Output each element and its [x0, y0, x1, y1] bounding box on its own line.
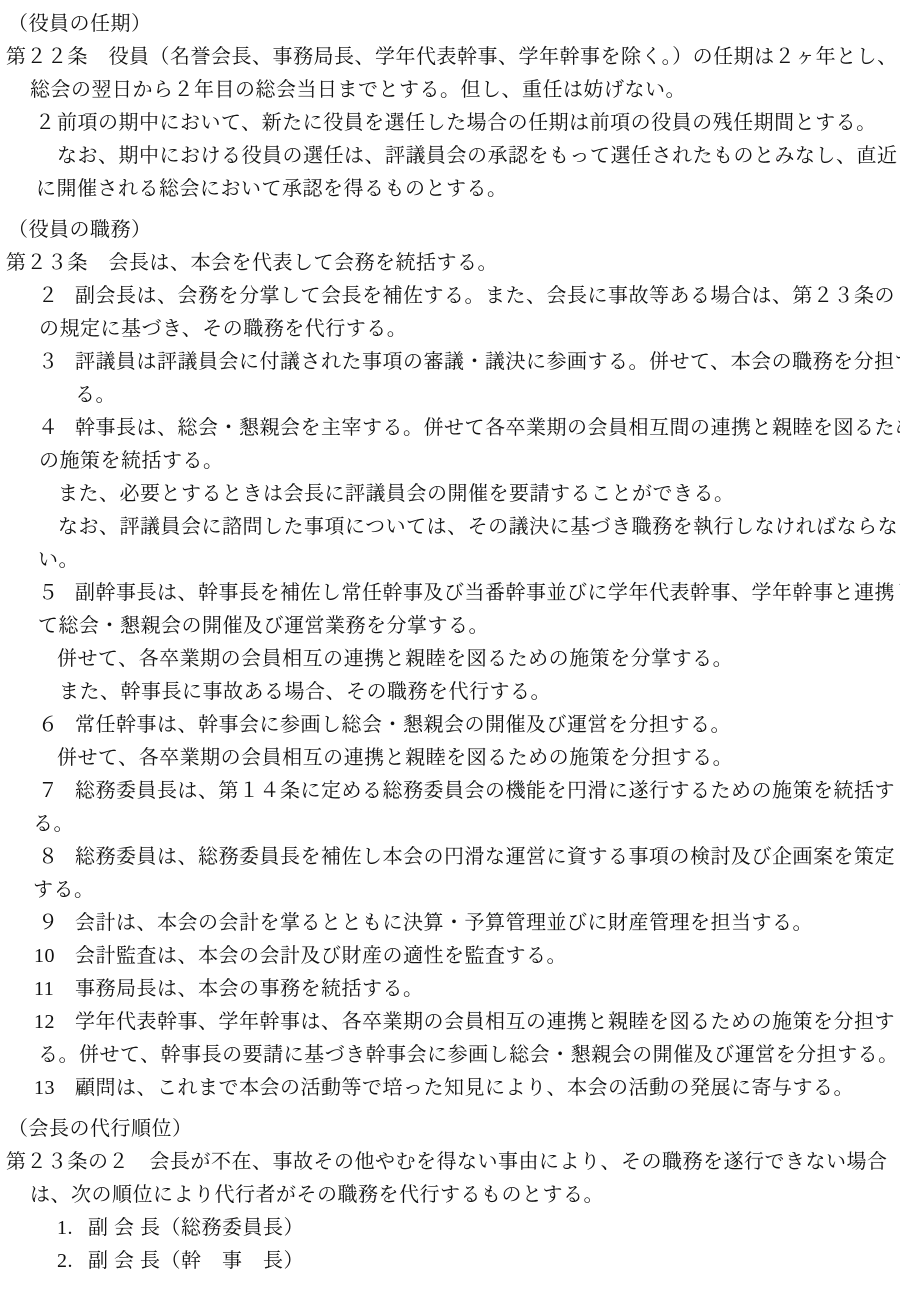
line-text: なお、評議員会に諮問した事項については、その議決に基づき職務を執行しなければなら… — [58, 516, 898, 538]
item-number: 13 — [34, 1072, 75, 1105]
document-line: い。 — [38, 544, 900, 577]
line-text: 幹事長は、総会・懇親会を主宰する。併せて各卒業期の会員相互間の連携と親睦を図るた… — [75, 417, 900, 439]
document-line: 2.副 会 長（幹 事 長） — [57, 1245, 900, 1278]
line-text: 顧問は、これまで本会の活動等で培った知見により、本会の活動の発展に寄与する。 — [75, 1077, 854, 1099]
document-line: の規定に基づき、その職務を代行する。 — [39, 313, 900, 346]
line-text: 前項の期中において、新たに役員を選任した場合の任期は前項の役員の残任期間とする。 — [57, 112, 877, 134]
document-line: ２前項の期中において、新たに役員を選任した場合の任期は前項の役員の残任期間とする… — [35, 107, 900, 140]
line-text: る。併せて、幹事長の要請に基づき幹事会に参画し総会・懇親会の開催及び運営を分担す… — [38, 1044, 899, 1066]
document-line: ５副幹事長は、幹事長を補佐し常任幹事及び当番幹事並びに学年代表幹事、学年幹事と連… — [38, 577, 900, 610]
line-text: 総会の翌日から２年目の総会当日までとする。但し、重任は妨げない。 — [30, 79, 686, 101]
line-text: る。 — [75, 384, 116, 406]
document-line: なお、期中における役員の選任は、評議員会の承認をもって選任されたものとみなし、直… — [57, 140, 900, 173]
item-number: 11 — [34, 973, 75, 1006]
line-text: る。 — [33, 813, 74, 835]
document-line: なお、評議員会に諮問した事項については、その議決に基づき職務を執行しなければなら… — [58, 511, 900, 544]
line-text: 併せて、各卒業期の会員相互の連携と親睦を図るための施策を分担する。 — [57, 747, 733, 769]
line-text: 総務委員は、総務委員長を補佐し本会の円滑な運営に資する事項の検討及び企画案を策定 — [75, 846, 895, 868]
line-text: 常任幹事は、幹事会に参画し総会・懇親会の開催及び運営を分担する。 — [75, 714, 731, 736]
line-text: 副会長は、会務を分掌して会長を補佐する。また、会長に事故等ある場合は、第２３条の… — [75, 285, 900, 307]
document-line: 1.副 会 長（総務委員長） — [57, 1212, 900, 1245]
line-text: の規定に基づき、その職務を代行する。 — [39, 318, 407, 340]
line-text: また、幹事長に事故ある場合、その職務を代行する。 — [59, 681, 551, 703]
document-line: ２副会長は、会務を分掌して会長を補佐する。また、会長に事故等ある場合は、第２３条… — [38, 280, 900, 313]
document-line: 12学年代表幹事、学年幹事は、各卒業期の会員相互の連携と親睦を図るための施策を分… — [34, 1006, 900, 1039]
line-text: また、必要とするときは会長に評議員会の開催を要請することができる。 — [58, 483, 735, 505]
item-number: ５ — [38, 577, 75, 610]
item-number: ３ — [38, 346, 75, 379]
line-text: 併せて、各卒業期の会員相互の連携と親睦を図るための施策を分掌する。 — [57, 648, 733, 670]
document-line: 10会計監査は、本会の会計及び財産の適性を監査する。 — [34, 940, 900, 973]
line-text: 副 会 長（幹 事 長） — [88, 1250, 304, 1272]
item-number: ２ — [38, 280, 75, 313]
document-line: 併せて、各卒業期の会員相互の連携と親睦を図るための施策を分担する。 — [57, 742, 900, 775]
line-text: い。 — [38, 549, 79, 571]
line-text: 会計は、本会の会計を掌るとともに決算・予算管理並びに財産管理を担当する。 — [75, 912, 813, 934]
document-line: 併せて、各卒業期の会員相互の連携と親睦を図るための施策を分掌する。 — [57, 643, 900, 676]
document-line: ３評議員は評議員会に付議された事項の審議・議決に参画する。併せて、本会の職務を分… — [38, 346, 900, 379]
document-line: また、必要とするときは会長に評議員会の開催を要請することができる。 — [58, 478, 900, 511]
document-line: ８総務委員は、総務委員長を補佐し本会の円滑な運営に資する事項の検討及び企画案を策… — [38, 841, 900, 874]
line-text: 第２３条の２ 会長が不在、事故その他やむを得ない事由により、その職務を遂行できな… — [6, 1151, 888, 1173]
document-line: に開催される総会において承認を得るものとする。 — [36, 173, 900, 206]
line-text: 第２２条 役員（名誉会長、事務局長、学年代表幹事、学年幹事を除く。）の任期は２ヶ… — [6, 46, 898, 68]
line-text: 評議員は評議員会に付議された事項の審議・議決に参画する。併せて、本会の職務を分担… — [75, 351, 900, 373]
item-number: 1. — [57, 1212, 88, 1245]
document-line: 第２３条 会長は、本会を代表して会務を統括する。 — [6, 247, 900, 280]
item-number: 2. — [57, 1245, 88, 1278]
item-number: 12 — [34, 1006, 75, 1039]
document-line: は、次の順位により代行者がその職務を代行するものとする。 — [30, 1179, 900, 1212]
document-line: の施策を統括する。 — [39, 445, 900, 478]
document-line: て総会・懇親会の開催及び運営業務を分掌する。 — [38, 610, 900, 643]
section-heading: （会長の代行順位） — [8, 1113, 900, 1146]
document-line: る。 — [33, 808, 900, 841]
item-number: ７ — [38, 775, 75, 808]
item-number: ８ — [38, 841, 75, 874]
line-text: 副 会 長（総務委員長） — [88, 1217, 304, 1239]
line-text: 会計監査は、本会の会計及び財産の適性を監査する。 — [75, 945, 567, 967]
document-line: ６常任幹事は、幹事会に参画し総会・懇親会の開催及び運営を分担する。 — [38, 709, 900, 742]
line-text: 学年代表幹事、学年幹事は、各卒業期の会員相互の連携と親睦を図るための施策を分担す — [75, 1011, 895, 1033]
document-section: （役員の任期）第２２条 役員（名誉会長、事務局長、学年代表幹事、学年幹事を除く。… — [0, 8, 900, 206]
line-text: は、次の順位により代行者がその職務を代行するものとする。 — [30, 1184, 604, 1206]
section-heading: （役員の職務） — [8, 214, 900, 247]
line-text: する。 — [33, 879, 95, 901]
document-line: 第２３条の２ 会長が不在、事故その他やむを得ない事由により、その職務を遂行できな… — [6, 1146, 900, 1179]
document-line: 11事務局長は、本会の事務を統括する。 — [34, 973, 900, 1006]
item-number: ６ — [38, 709, 75, 742]
document-line: また、幹事長に事故ある場合、その職務を代行する。 — [59, 676, 900, 709]
line-text: なお、期中における役員の選任は、評議員会の承認をもって選任されたものとみなし、直… — [57, 145, 898, 167]
section-heading: （役員の任期） — [8, 8, 900, 41]
document-line: 総会の翌日から２年目の総会当日までとする。但し、重任は妨げない。 — [30, 74, 900, 107]
item-number: ４ — [38, 412, 75, 445]
line-text: て総会・懇親会の開催及び運営業務を分掌する。 — [38, 615, 489, 637]
item-number: ９ — [38, 907, 75, 940]
document-line: ７総務委員長は、第１４条に定める総務委員会の機能を円滑に遂行するための施策を統括… — [38, 775, 900, 808]
line-text: 副幹事長は、幹事長を補佐し常任幹事及び当番幹事並びに学年代表幹事、学年幹事と連携… — [75, 582, 900, 604]
document-line: ９会計は、本会の会計を掌るとともに決算・予算管理並びに財産管理を担当する。 — [38, 907, 900, 940]
document-page: （役員の任期）第２２条 役員（名誉会長、事務局長、学年代表幹事、学年幹事を除く。… — [0, 0, 900, 1278]
document-line: 第２２条 役員（名誉会長、事務局長、学年代表幹事、学年幹事を除く。）の任期は２ヶ… — [6, 41, 900, 74]
line-text: の施策を統括する。 — [39, 450, 224, 472]
document-line: する。 — [33, 874, 900, 907]
document-section: （役員の職務）第２３条 会長は、本会を代表して会務を統括する。２副会長は、会務を… — [0, 214, 900, 1105]
document-line: ４幹事長は、総会・懇親会を主宰する。併せて各卒業期の会員相互間の連携と親睦を図る… — [38, 412, 900, 445]
document-line: る。 — [75, 379, 900, 412]
line-text: 第２３条 会長は、本会を代表して会務を統括する。 — [6, 252, 498, 274]
line-text: 事務局長は、本会の事務を統括する。 — [75, 978, 424, 1000]
item-number: ２ — [35, 107, 57, 140]
line-text: に開催される総会において承認を得るものとする。 — [36, 178, 508, 200]
line-text: 総務委員長は、第１４条に定める総務委員会の機能を円滑に遂行するための施策を統括す — [75, 780, 895, 802]
item-number: 10 — [34, 940, 75, 973]
document-section: （会長の代行順位）第２３条の２ 会長が不在、事故その他やむを得ない事由により、そ… — [0, 1113, 900, 1278]
document-line: 13顧問は、これまで本会の活動等で培った知見により、本会の活動の発展に寄与する。 — [34, 1072, 900, 1105]
document-line: る。併せて、幹事長の要請に基づき幹事会に参画し総会・懇親会の開催及び運営を分担す… — [38, 1039, 900, 1072]
